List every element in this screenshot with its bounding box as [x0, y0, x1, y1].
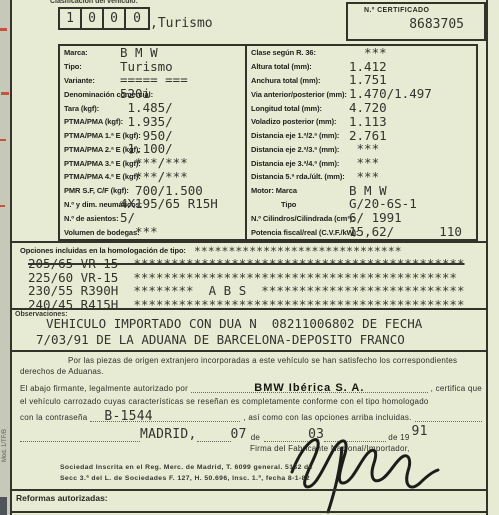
- scan-artifact: [0, 28, 7, 31]
- spec-value: 1.412: [349, 61, 387, 73]
- dotted-fill: [415, 421, 482, 422]
- code-digit: 0: [104, 9, 126, 28]
- spec-label: Clase según R. 36:: [251, 48, 316, 57]
- spec-label: PTMA/PMA (kgf):: [64, 117, 123, 126]
- option-line: 230/55 R390H ******** A B S ************…: [20, 284, 486, 298]
- company-fill-line: BMW Ibérica S. A.: [191, 380, 428, 393]
- options-section: Opciones incluidas en la homologación de…: [12, 241, 486, 310]
- dotted-fill: [20, 441, 140, 442]
- dotted-fill: [264, 441, 308, 442]
- registry-line: Secc 3.ª del L. de Sociedades F. 127, H.…: [60, 474, 380, 485]
- spec-label: Voladizo posterior (mm):: [251, 117, 336, 126]
- certificate-number: 8683705: [348, 17, 484, 32]
- vehicle-class-value: ,Turismo: [150, 16, 213, 31]
- dotted-fill: [324, 441, 386, 442]
- spec-label: Anchura total (mm):: [251, 76, 320, 85]
- password-line: con la contraseña B-1544 , así como con …: [20, 409, 482, 422]
- password-value: B-1544: [104, 409, 152, 424]
- month-value: 03: [308, 427, 324, 442]
- document-bottom-border: [12, 511, 486, 513]
- reforms-label: Reformas autorizadas:: [16, 493, 108, 503]
- spec-value: 1.113: [349, 116, 387, 128]
- spec-label: Via anterior/posterior (mm):: [251, 90, 347, 99]
- spec-label: Altura total (mm):: [251, 62, 312, 71]
- customs-note: Por las piezas de origen extranjero inco…: [20, 355, 480, 377]
- spec-value: ***: [120, 226, 158, 238]
- year-value: 91: [412, 424, 428, 439]
- customs-line: derechos de Aduanas.: [20, 366, 480, 377]
- spec-label: Variante:: [64, 76, 95, 85]
- spec-row: Potencia fiscal/real (C.V.F./kW):15,62/ …: [247, 225, 476, 239]
- option-line: 225/60 VR-15 ***************************…: [20, 271, 486, 285]
- option-line: 240/45 R415H ***************************…: [20, 298, 486, 312]
- spec-value: ***: [349, 157, 379, 169]
- code-digit: 1: [60, 9, 82, 28]
- observations-section: Observaciones: VEHICULO IMPORTADO CON DU…: [12, 310, 486, 352]
- certification-after-company: , certifica que: [431, 384, 482, 393]
- place-date-line: MADRID, 07 de 03 de 19 91: [20, 425, 482, 442]
- dotted-fill: [197, 441, 231, 442]
- spec-value: 700/1.500: [120, 185, 203, 197]
- spec-column-left: Marca:B M W Tipo:Turismo Variante:===== …: [60, 46, 247, 239]
- observations-line: 7/03/91 DE LA ADUANA DE BARCELONA-DEPOSI…: [36, 332, 405, 347]
- spec-value: 4.720: [349, 102, 387, 114]
- de-text: de: [251, 433, 260, 442]
- observations-line: VEHICULO IMPORTADO CON DUA N 08211006802…: [46, 316, 422, 331]
- form-model-vertical-text: Mod. 1/TF/B: [2, 429, 8, 462]
- spec-value: B M W: [120, 47, 158, 59]
- document-right-border: [486, 0, 488, 515]
- spec-value: 15,62/ 110: [349, 226, 462, 238]
- spec-value: 950/: [120, 130, 173, 142]
- password-fill-line: B-1544: [90, 421, 240, 422]
- spec-table: Marca:B M W Tipo:Turismo Variante:===== …: [58, 44, 478, 241]
- password-label: con la contraseña: [20, 413, 87, 422]
- section-divider: [12, 489, 486, 491]
- certification-intro: El abajo firmante, legalmente autorizado…: [20, 384, 188, 393]
- spec-label: Potencia fiscal/real (C.V.F./kW):: [251, 228, 358, 237]
- spec-value: 2.761: [349, 130, 387, 142]
- document-paper: Clasificación del vehículo: 1 0 0 0 ,Tur…: [10, 0, 499, 515]
- certificate-box: N.º CERTIFICADO 8683705: [346, 2, 486, 41]
- spec-value: 1.485/: [120, 102, 173, 114]
- customs-line: Por las piezas de origen extranjero inco…: [20, 355, 480, 366]
- spec-value: ===== ===: [120, 74, 188, 86]
- code-digit: 0: [82, 9, 104, 28]
- spec-value: Turismo: [120, 61, 173, 73]
- options-header-label: Opciones incluidas en la homologación de…: [20, 246, 186, 255]
- certification-line: el vehículo carrozado cuyas característi…: [20, 395, 482, 408]
- scan-artifact: [0, 497, 7, 515]
- spec-value: 1.935/: [120, 116, 173, 128]
- spec-label: Distancia eje 1.ª/2.ª (mm):: [251, 131, 339, 140]
- spec-label: Marca:: [64, 48, 88, 57]
- spec-value: 1.751: [349, 74, 387, 86]
- scan-artifact: [1, 92, 9, 95]
- spec-label: Distancia eje 2.ª/3.ª (mm):: [251, 145, 339, 154]
- certificate-label: N.º CERTIFICADO: [348, 4, 484, 14]
- day-value: 07: [231, 427, 247, 442]
- signature-caption: Firma del Fabricante Nacional/Importador…: [20, 444, 482, 453]
- spec-row: Volumen de bodegas: ***: [60, 225, 245, 239]
- spec-label: Motor: Marca: [251, 186, 297, 195]
- spec-column-right: Clase según R. 36: *** Altura total (mm)…: [247, 46, 476, 239]
- scan-artifact: [0, 205, 5, 207]
- spec-value: ***: [349, 171, 379, 183]
- certification-section: El abajo firmante, legalmente autorizado…: [20, 379, 482, 453]
- after-password-text: , así como con las opciones arriba inclu…: [243, 413, 411, 422]
- city-value: MADRID,: [140, 427, 197, 442]
- spec-value: 5/: [120, 212, 135, 224]
- option-line: 205/65 VR-15 ***************************…: [20, 257, 486, 271]
- registry-line: Sociedad Inscrita en el Reg. Merc. de Ma…: [60, 463, 380, 474]
- certification-intro-line: El abajo firmante, legalmente autorizado…: [20, 379, 482, 393]
- classification-label: Clasificación del vehículo:: [50, 0, 138, 5]
- scanned-vehicle-certificate: Mod. 1/TF/B Clasificación del vehículo: …: [0, 0, 499, 515]
- spec-label: Distancia 5.ª rda./últ. (mm):: [251, 172, 345, 181]
- spec-row: N.º y dim. neumáticos:4X195/65 R15H: [60, 198, 245, 212]
- spec-value: 520i: [120, 88, 150, 100]
- scan-artifact: [0, 139, 6, 141]
- spec-value: B M W: [349, 185, 387, 197]
- spec-row: Variante:===== ===: [60, 74, 245, 88]
- spec-value: ***/***: [120, 171, 188, 183]
- spec-label: Tipo: [251, 200, 296, 209]
- spec-label: Distancia eje 3.ª/4.ª (mm):: [251, 159, 339, 168]
- spec-value: ***: [349, 143, 379, 155]
- registry-note: Sociedad Inscrita en el Reg. Merc. de Ma…: [60, 463, 380, 484]
- spec-value: G/20-6S-1: [349, 198, 417, 210]
- spec-value: ***/***: [120, 157, 188, 169]
- de19-text: de 19: [388, 433, 409, 442]
- spec-value: 6/ 1991: [349, 212, 402, 224]
- spec-label: Tara (kgf):: [64, 104, 99, 113]
- spec-value: 4X195/65 R15H: [120, 198, 218, 210]
- spec-label: Tipo:: [64, 62, 82, 71]
- spec-label: Longitud total (mm):: [251, 104, 322, 113]
- vehicle-code-boxes: 1 0 0 0: [58, 7, 150, 30]
- spec-value: 1.470/1.497: [349, 88, 432, 100]
- company-name: BMW Ibérica S. A.: [254, 382, 364, 394]
- spec-label: N.º de asientos:: [64, 214, 119, 223]
- spec-value: ***: [349, 47, 387, 59]
- spec-value: 1.100/: [120, 143, 173, 155]
- spec-label: N.º Cilindros/Cilindrada (cm³):: [251, 214, 354, 223]
- code-digit: 0: [126, 9, 148, 28]
